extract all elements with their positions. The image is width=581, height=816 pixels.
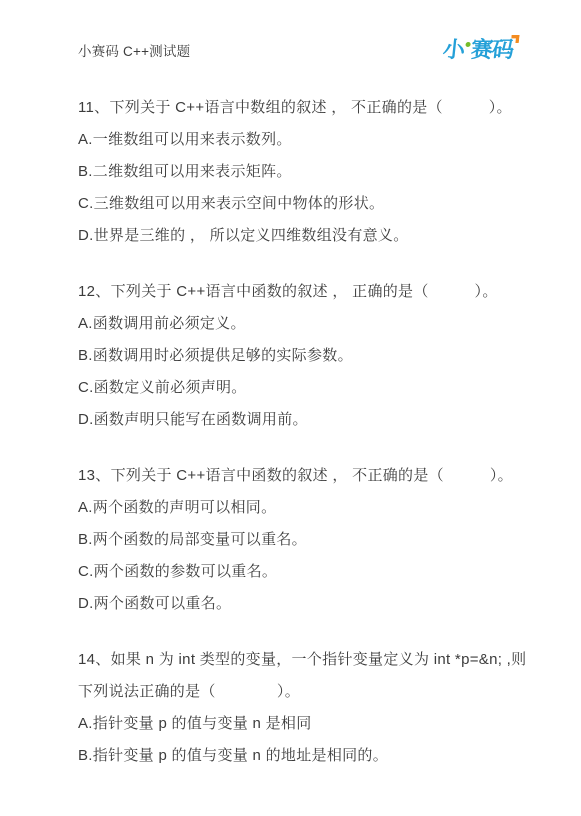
question-stem: 11、下列关于 C++语言中数组的叙述 ， 不正确的是（ ）。 [78,92,561,124]
page-header: 小赛码 C++测试题 小 赛 码 [78,36,561,64]
brand-logo: 小 赛 码 [442,39,514,61]
document-page: 小赛码 C++测试题 小 赛 码 11、下列关于 C++语言中数组的叙述 ， 不… [0,0,581,816]
option-c: C.两个函数的参数可以重名。 [78,556,561,588]
option-b: B.两个函数的局部变量可以重名。 [78,524,561,556]
option-a: A.两个函数的声明可以相同。 [78,492,561,524]
question-block-12: 12、下列关于 C++语言中函数的叙述 ， 正确的是（ ）。 A.函数调用前必须… [78,276,561,436]
option-b: B.函数调用时必须提供足够的实际参数。 [78,340,561,372]
option-b: B.指针变量 p 的值与变量 n 的地址是相同的。 [78,740,561,772]
logo-char-ma: 码 [491,39,514,61]
logo-char-xiao: 小 [442,39,465,61]
question-text: 下列关于 C++语言中函数的叙述 ， 正确的是（ ）。 [111,283,498,300]
question-stem: 12、下列关于 C++语言中函数的叙述 ， 正确的是（ ）。 [78,276,561,308]
logo-dot-icon [465,42,471,47]
option-c: C.函数定义前必须声明。 [78,372,561,404]
question-stem: 14、如果 n 为 int 类型的变量，一个指针变量定义为 int *p=&n;… [78,644,561,708]
question-block-11: 11、下列关于 C++语言中数组的叙述 ， 不正确的是（ ）。 A.一维数组可以… [78,92,561,252]
question-block-14: 14、如果 n 为 int 类型的变量，一个指针变量定义为 int *p=&n;… [78,644,561,772]
question-list: 11、下列关于 C++语言中数组的叙述 ， 不正确的是（ ）。 A.一维数组可以… [78,92,561,772]
option-d: D.世界是三维的 ， 所以定义四维数组没有意义。 [78,220,561,252]
option-a: A.一维数组可以用来表示数列。 [78,124,561,156]
option-a: A.函数调用前必须定义。 [78,308,561,340]
option-d: D.函数声明只能写在函数调用前。 [78,404,561,436]
question-number: 12、 [78,283,111,300]
question-block-13: 13、下列关于 C++语言中函数的叙述 ， 不正确的是（ ）。 A.两个函数的声… [78,460,561,620]
question-text: 如果 n 为 int 类型的变量，一个指针变量定义为 int *p=&n; ,则… [78,651,526,700]
question-number: 11、 [78,99,109,116]
doc-title: 小赛码 C++测试题 [78,40,190,60]
logo-char-ma-text: 码 [491,37,515,62]
question-number: 14、 [78,651,111,668]
question-text: 下列关于 C++语言中数组的叙述 ， 不正确的是（ ）。 [109,99,511,116]
question-number: 13、 [78,467,111,484]
option-c: C.三维数组可以用来表示空间中物体的形状。 [78,188,561,220]
option-a: A.指针变量 p 的值与变量 n 是相同 [78,708,561,740]
question-stem: 13、下列关于 C++语言中函数的叙述 ， 不正确的是（ ）。 [78,460,561,492]
option-b: B.二维数组可以用来表示矩阵。 [78,156,561,188]
question-text: 下列关于 C++语言中函数的叙述 ， 不正确的是（ ）。 [111,467,513,484]
logo-char-sai: 赛 [470,39,493,61]
option-d: D.两个函数可以重名。 [78,588,561,620]
